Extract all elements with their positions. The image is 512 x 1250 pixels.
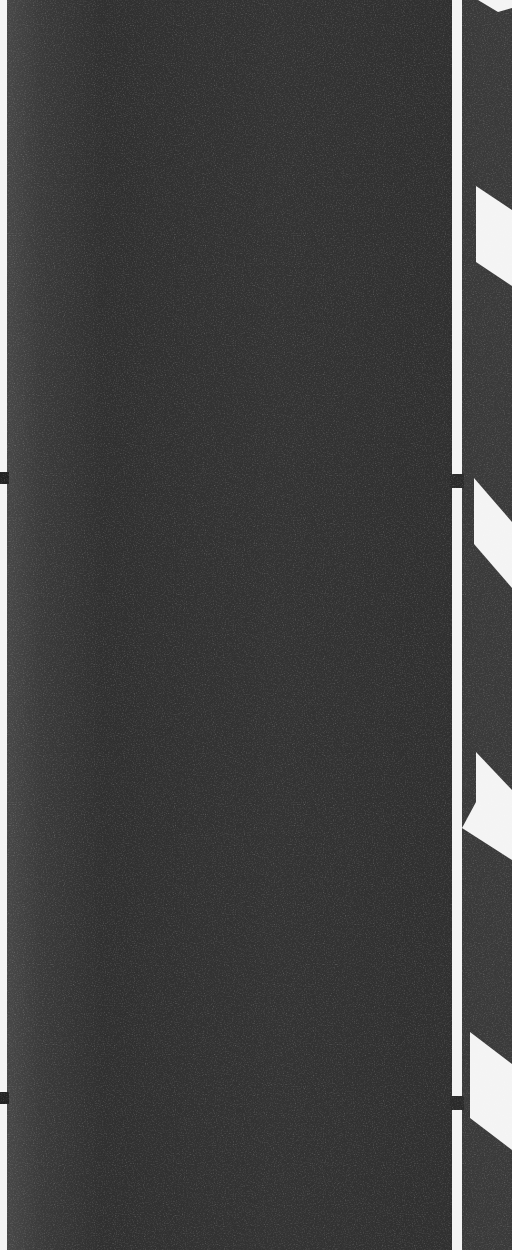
asphalt-grain-texture bbox=[0, 0, 512, 1250]
road-surface bbox=[0, 0, 512, 1250]
road-aerial-photo bbox=[0, 0, 512, 1250]
